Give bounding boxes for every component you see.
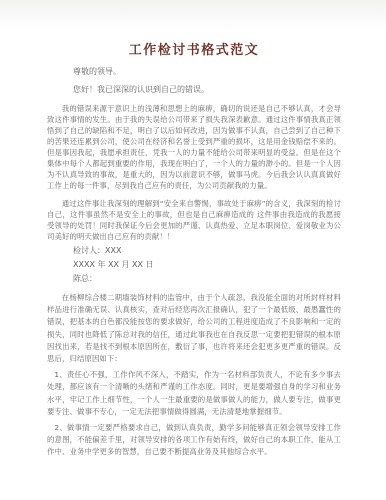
document-body: 工作检讨书格式范文 尊敬的领导。 您好！我已深深的认识到自己的错误。 我的错误来… [0, 0, 386, 500]
letter1-paragraph-1: 我的错误来源于意识上的浅薄和思想上的麻痹，确切的说还是自己不够认真，才会导致这件… [47, 103, 341, 191]
letter1-paragraph-2: 通过这件事让我深刻的理解到“安全来自警惕，事故处于麻痹”的含义，我深刻的检讨自己… [47, 198, 341, 242]
signature-line: 检讨人：XXX [47, 246, 341, 256]
letter1-salutation: 尊敬的领导。 [47, 67, 341, 77]
letter2-intro-paragraph: 在杨柳综合楼二期墙装饰材料的监管中，由于个人疏忽，我没能全面的对所封样材料样品进… [47, 292, 341, 365]
letter2-salutation: 陈总： [47, 274, 341, 284]
date-line: XXXX 年 XX 月 XX 日 [47, 260, 341, 270]
page-title: 工作检讨书格式范文 [47, 43, 341, 58]
reason-item-2: 2、做事情一定要严格要求自己，做到认真负责，勤学多问能够真正领会领导安排工作的意… [47, 422, 341, 459]
letter1-greeting: 您好！我已深深的认识到自己的错误。 [47, 85, 341, 95]
document-page: 工作检讨书格式范文 尊敬的领导。 您好！我已深深的认识到自己的错误。 我的错误来… [0, 0, 386, 500]
reason-item-1: 1、责任心不强，工作作风不深入，不踏实，作为一名材料部负责人，不论有多少事去处理… [47, 369, 341, 418]
